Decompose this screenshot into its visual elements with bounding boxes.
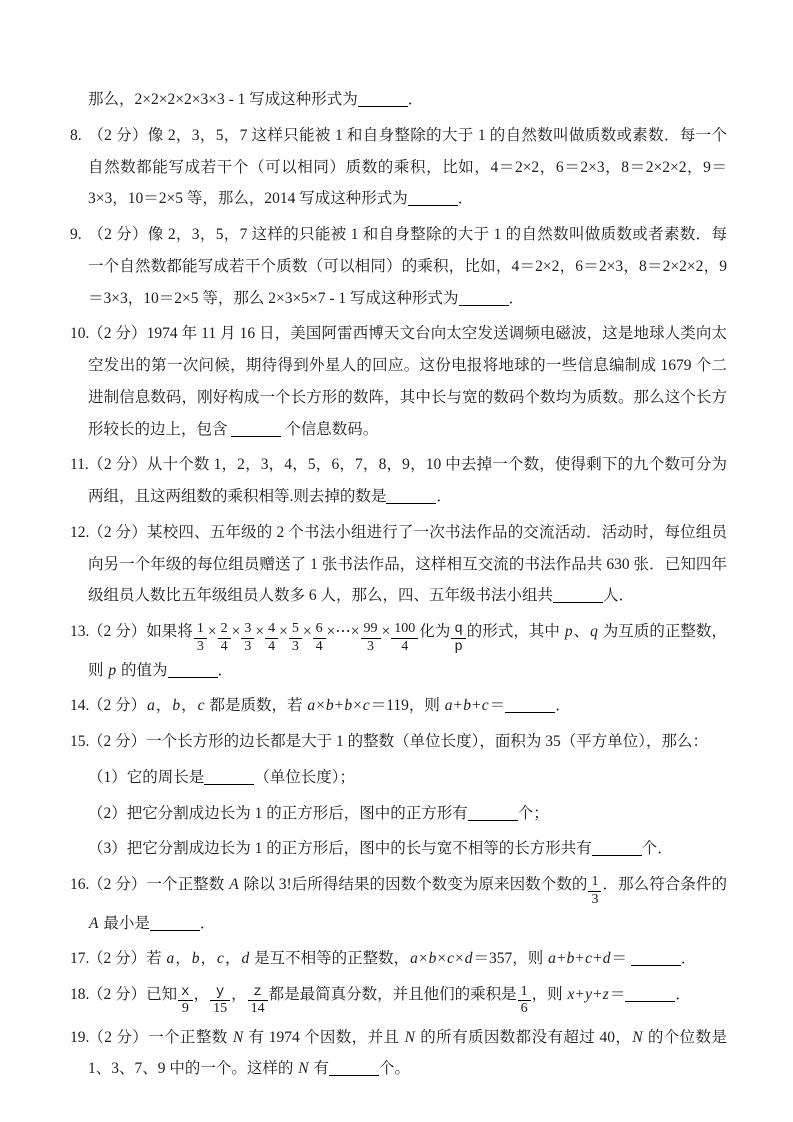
fraction-denominator: 3: [361, 639, 381, 655]
text-run: （2 分）若: [88, 950, 166, 967]
text-run: ＝: [490, 697, 506, 714]
math-variable: b: [191, 950, 201, 967]
text-run: （2 分）已知: [88, 986, 177, 1003]
answer-blank: [459, 291, 509, 306]
text-run: ．: [509, 290, 525, 307]
text-run: ×: [455, 950, 464, 967]
math-variable: N: [297, 1060, 309, 1077]
question-number: 14.: [70, 690, 88, 722]
text-run: ×: [279, 623, 288, 640]
math-variable: N: [232, 1029, 244, 1046]
fraction-denominator: 4: [218, 639, 231, 655]
text-run: 的形式，其中: [467, 623, 564, 640]
fraction: 64: [313, 621, 326, 654]
question-subitem: （3）把它分割成边长为 1 的正方形后，图中的长与宽不相等的长方形共有个．: [70, 833, 727, 865]
text-run: ×⋯×: [327, 623, 360, 640]
text-run: ，: [194, 986, 210, 1003]
question-number: 11.: [70, 449, 88, 481]
math-variable: a: [547, 950, 557, 967]
text-run: ＝: [612, 950, 631, 967]
fraction-denominator: 15: [210, 1001, 230, 1017]
math-variable: c: [446, 950, 455, 967]
answer-blank: [150, 916, 200, 931]
question: 8.（2 分）像 2，3，5，7 这样只能被 1 和自身整除的大于 1 的自然数…: [70, 120, 727, 215]
text-run: 的值为: [117, 662, 167, 679]
math-variable: c: [584, 950, 593, 967]
text-run: ×: [303, 623, 312, 640]
fraction-numerator: 6: [313, 621, 326, 638]
text-run: 最小是: [99, 915, 149, 932]
answer-blank: [631, 951, 681, 966]
text-run: 个；: [518, 805, 549, 822]
question-number: 18.: [70, 979, 88, 1011]
text-run: 那么，2×2×2×2×3×3 - 1 写成这种形式为: [88, 91, 358, 108]
math-variable: b: [428, 950, 438, 967]
text-run: ．: [675, 986, 691, 1003]
math-variable: b: [171, 697, 181, 714]
text-run: （2 分）: [88, 697, 146, 714]
text-run: 个．: [642, 840, 673, 857]
math-variable: d: [602, 950, 612, 967]
text-run: 是互不相等的正整数，: [250, 950, 409, 967]
question: 14.（2 分）a，b，c 都是质数，若 a×b+b×c＝119，则 a+b+c…: [70, 690, 727, 722]
text-run: 都是质数，若: [206, 697, 307, 714]
fraction: 16: [518, 984, 531, 1017]
text-run: +: [575, 986, 584, 1003]
text-run: （2 分）一个正整数: [88, 876, 228, 893]
answer-blank: [358, 92, 408, 107]
answer-blank: [592, 841, 642, 856]
fraction-numerator: 1: [518, 984, 531, 1001]
text-run: （2 分）1974 年 11 月 16 日，美国阿雷西博天文台向太空发送调频电磁…: [88, 325, 727, 437]
fraction-denominator: 4: [391, 639, 418, 655]
text-run: （2 分）一个长方形的边长都是大于 1 的整数（单位长度），面积为 35（平方单…: [88, 733, 708, 750]
question-number: 9.: [70, 219, 88, 251]
math-variable: A: [228, 876, 239, 893]
answer-blank: [468, 806, 518, 821]
fraction-numerator: 2: [218, 621, 231, 638]
text-run: （2）把它分割成边长为 1 的正方形后，图中的正方形有: [88, 805, 468, 822]
text-run: （2 分）像 2，3，5，7 这样的只能被 1 和自身整除的大于 1 的自然数叫…: [88, 226, 727, 307]
answer-blank: [386, 489, 436, 504]
math-variable: c: [362, 697, 371, 714]
question: 9.（2 分）像 2，3，5，7 这样的只能被 1 和自身整除的大于 1 的自然…: [70, 219, 727, 314]
text-run: ．: [408, 91, 424, 108]
text-run: ×: [255, 623, 264, 640]
fraction: 1004: [391, 621, 418, 654]
text-run: +: [575, 950, 584, 967]
question: 11.（2 分）从十个数 1，2，3，4，5，6，7，8，9，10 中去掉一个数…: [70, 449, 727, 513]
math-variable: d: [240, 950, 250, 967]
question: 15.（2 分）一个长方形的边长都是大于 1 的整数（单位长度），面积为 35（…: [70, 726, 727, 758]
question-subitem: （1）它的周长是（单位长度）；: [70, 762, 727, 794]
text-run: 都是最简真分数，并且他们的乘积是: [269, 986, 517, 1003]
fraction: 993: [361, 621, 381, 654]
text-run: ．: [681, 950, 697, 967]
question: 18.（2 分）已知x9，y15，z14都是最简真分数，并且他们的乘积是16，则…: [70, 979, 727, 1017]
text-run: ＝357，则: [473, 950, 547, 967]
text-run: ＝119，则: [371, 697, 444, 714]
text-run: +: [454, 697, 463, 714]
text-run: 人．: [603, 587, 634, 604]
math-variable: y: [584, 986, 593, 1003]
text-run: ．: [200, 915, 216, 932]
math-variable: c: [216, 950, 225, 967]
fraction-numerator: 1: [588, 874, 601, 891]
fraction: 44: [265, 621, 278, 654]
fraction-denominator: 3: [588, 892, 601, 908]
question-number: 10.: [70, 318, 88, 350]
text-run: 个。: [379, 1060, 410, 1077]
question-number: 15.: [70, 726, 88, 758]
answer-blank: [329, 1061, 379, 1076]
math-variable: a: [146, 697, 156, 714]
text-run: ．: [218, 662, 234, 679]
fraction: 24: [218, 621, 231, 654]
text-run: ×: [353, 697, 362, 714]
fraction-denominator: 3: [241, 639, 254, 655]
math-variable: a: [306, 697, 316, 714]
fraction: 13: [194, 621, 207, 654]
text-run: ×: [208, 623, 217, 640]
text-run: ×: [437, 950, 446, 967]
text-run: ，: [156, 697, 172, 714]
text-run: 个信息数码。: [281, 421, 378, 438]
answer-blank: [625, 987, 675, 1002]
question: 16.（2 分）一个正整数 A 除以 3!后所得结果的因数个数变为原来因数个数的…: [70, 869, 727, 939]
math-variable: a: [409, 950, 419, 967]
text-run: ．: [458, 190, 474, 207]
fraction-denominator: 3: [194, 639, 207, 655]
question: 17.（2 分）若 a，b，c，d 是互不相等的正整数，a×b×c×d＝357，…: [70, 943, 727, 975]
math-variable: p: [564, 623, 574, 640]
fraction-denominator: 14: [248, 1001, 268, 1017]
math-variable: A: [88, 915, 99, 932]
math-variable: a: [166, 950, 176, 967]
math-variable: p: [107, 662, 117, 679]
math-variable: b: [343, 697, 353, 714]
math-variable: z: [602, 986, 610, 1003]
math-variable: c: [481, 697, 490, 714]
text-run: ×: [232, 623, 241, 640]
math-variable: a: [444, 697, 454, 714]
math-variable: N: [404, 1029, 416, 1046]
fraction-denominator: 4: [265, 639, 278, 655]
text-run: 有: [310, 1060, 329, 1077]
question: 13.（2 分）如果将13×24×33×44×53×64×⋯×993×1004化…: [70, 616, 727, 686]
fraction-numerator: 1: [194, 621, 207, 638]
text-run: +: [593, 950, 602, 967]
text-run: （3）把它分割成边长为 1 的正方形后，图中的长与宽不相等的长方形共有: [88, 840, 592, 857]
text-run: 的所有质因数都没有超过 40，: [416, 1029, 631, 1046]
text-run: ，: [201, 950, 217, 967]
question-number: 12.: [70, 517, 88, 549]
text-run: ，: [175, 950, 191, 967]
text-run: ．: [436, 488, 452, 505]
text-run: +: [557, 950, 566, 967]
math-variable: N: [631, 1029, 643, 1046]
text-run: ，: [225, 950, 241, 967]
text-run: ．: [555, 697, 571, 714]
answer-blank: [408, 191, 458, 206]
fraction-numerator: 4: [265, 621, 278, 638]
fraction: 53: [289, 621, 302, 654]
fraction-denominator: 4: [313, 639, 326, 655]
text-run: +: [472, 697, 481, 714]
fraction: 33: [241, 621, 254, 654]
fraction-numerator: x: [178, 984, 192, 1001]
answer-blank: [505, 698, 555, 713]
text-run: 、: [574, 623, 590, 640]
text-run: ×: [316, 697, 325, 714]
math-variable: q: [589, 623, 599, 640]
question-number: 8.: [70, 120, 88, 152]
fraction-numerator: y: [210, 984, 230, 1001]
fraction-numerator: q: [451, 621, 465, 638]
worksheet-page: 那么，2×2×2×2×3×3 - 1 写成这种形式为．8.（2 分）像 2，3，…: [0, 0, 793, 1122]
math-variable: b: [325, 697, 335, 714]
text-run: （1）它的周长是: [88, 769, 204, 786]
text-run: +: [593, 986, 602, 1003]
text-run: （2 分）一个正整数: [88, 1029, 232, 1046]
answer-blank: [168, 663, 218, 678]
fraction-numerator: 99: [361, 621, 381, 638]
answer-blank: [231, 422, 281, 437]
fraction-denominator: 9: [178, 1001, 192, 1017]
fraction-denominator: p: [451, 639, 465, 655]
question: 19.（2 分）一个正整数 N 有 1974 个因数，并且 N 的所有质因数都没…: [70, 1022, 727, 1086]
fraction-numerator: 5: [289, 621, 302, 638]
text-run: ，: [231, 986, 247, 1003]
question: 10.（2 分）1974 年 11 月 16 日，美国阿雷西博天文台向太空发送调…: [70, 318, 727, 445]
question: 那么，2×2×2×2×3×3 - 1 写成这种形式为．: [70, 84, 727, 116]
fraction-denominator: 3: [289, 639, 302, 655]
text-run: ，: [181, 697, 197, 714]
fraction-numerator: z: [248, 984, 268, 1001]
text-run: （2 分）如果将: [88, 623, 193, 640]
fraction: z14: [248, 984, 268, 1017]
fraction-numerator: 3: [241, 621, 254, 638]
fraction: 13: [588, 874, 601, 907]
question-number: 17.: [70, 943, 88, 975]
fraction: x9: [178, 984, 192, 1017]
text-run: （单位长度）；: [254, 769, 355, 786]
math-variable: b: [566, 950, 576, 967]
fraction: y15: [210, 984, 230, 1017]
text-run: ＝: [610, 986, 626, 1003]
fraction: qp: [451, 621, 465, 654]
answer-blank: [204, 770, 254, 785]
answer-blank: [553, 588, 603, 603]
text-run: ×: [419, 950, 428, 967]
question: 12.（2 分）某校四、五年级的 2 个书法小组进行了一次书法作品的交流活动．活…: [70, 517, 727, 612]
text-run: ．那么符合条件的: [602, 876, 727, 893]
question-subitem: （2）把它分割成边长为 1 的正方形后，图中的正方形有个；: [70, 798, 727, 830]
text-run: ×: [382, 623, 391, 640]
question-number: 19.: [70, 1022, 88, 1054]
text-run: 化为: [419, 623, 450, 640]
text-run: 除以 3!后所得结果的因数个数变为原来因数个数的: [240, 876, 588, 893]
math-variable: c: [197, 697, 206, 714]
math-variable: b: [462, 697, 472, 714]
fraction-denominator: 6: [518, 1001, 531, 1017]
fraction-numerator: 100: [391, 621, 418, 638]
question-number: 13.: [70, 616, 88, 648]
text-run: 有 1974 个因数，并且: [244, 1029, 403, 1046]
question-number: 16.: [70, 869, 88, 901]
text-run: ，则: [532, 986, 567, 1003]
